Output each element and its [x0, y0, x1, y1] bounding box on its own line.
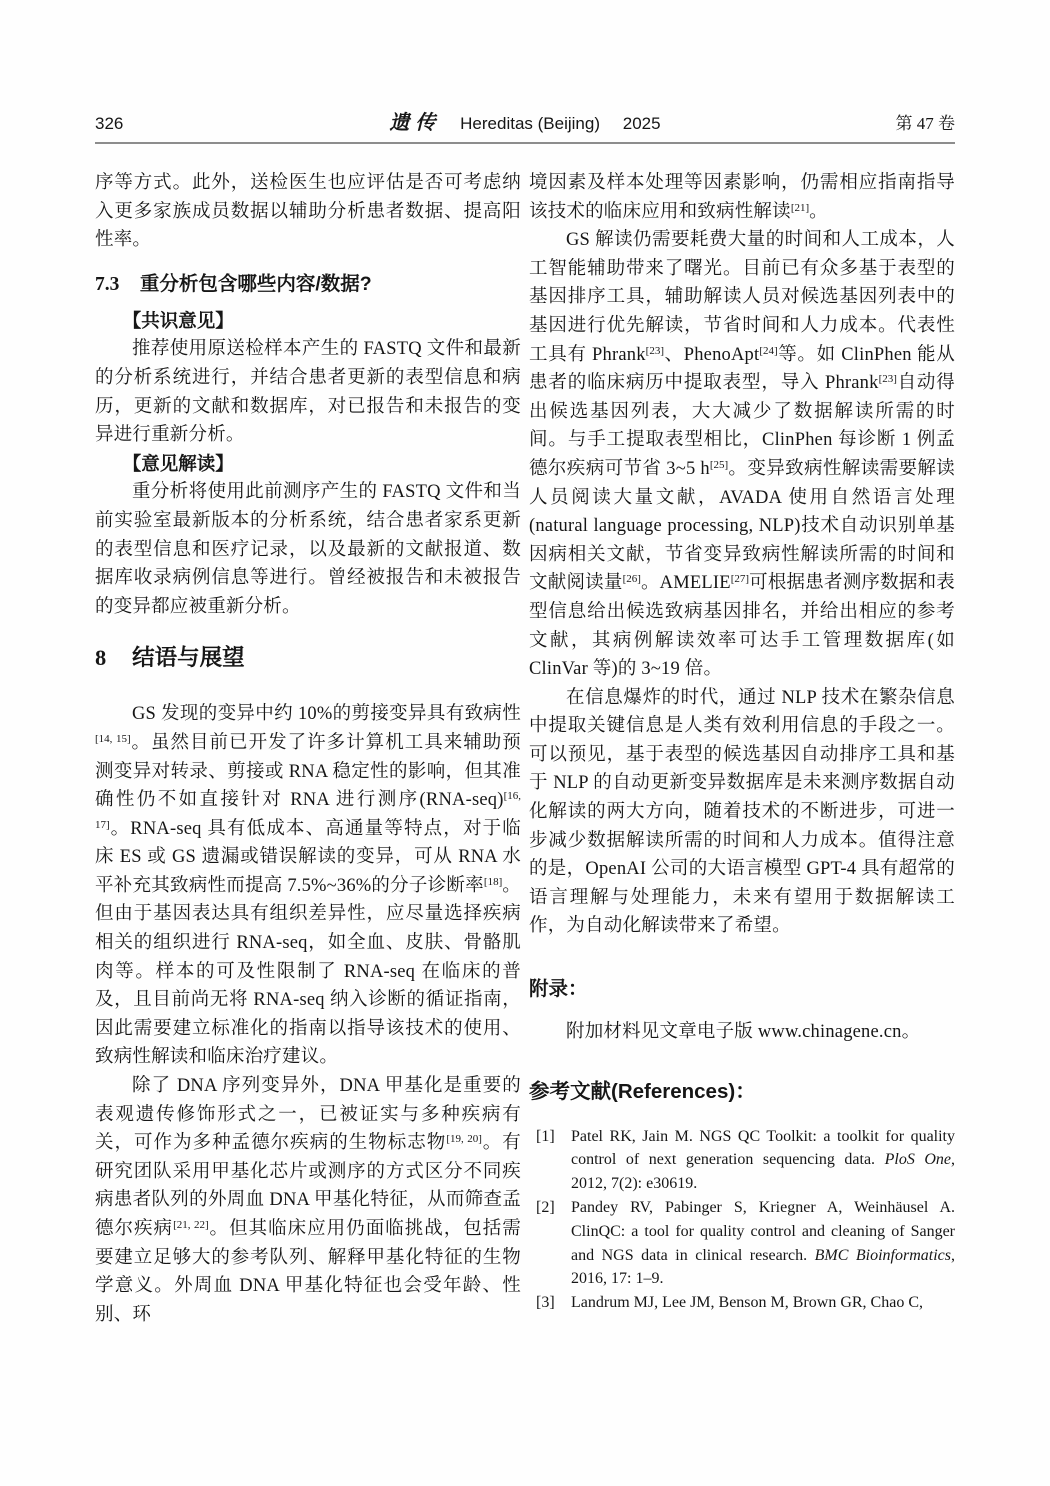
text-run: 。AMELIE — [641, 573, 731, 593]
reference-number: [2] — [536, 1196, 555, 1220]
italic-journal-name: PloS One — [885, 1151, 951, 1168]
reference-number: [3] — [536, 1291, 555, 1315]
volume-label: 第 47 卷 — [661, 109, 955, 134]
page-number: 326 — [95, 114, 389, 134]
reference-item: [3]Landrum MJ, Lee JM, Benson M, Brown G… — [529, 1291, 955, 1315]
text-run: 境因素及样本处理等因素影响，仍需相应指南指导该技术的临床应用和致病性解读 — [529, 173, 955, 222]
text-run: Landrum MJ, Lee JM, Benson M, Brown GR, … — [571, 1294, 923, 1311]
reference-text: Patel RK, Jain M. NGS QC Toolkit: a tool… — [571, 1128, 955, 1193]
citation-superscript: [24] — [759, 345, 777, 357]
running-head: 326 遗传 Hereditas (Beijing) 2025 第 47 卷 — [95, 0, 955, 144]
body-paragraph: 附加材料见文章电子版 www.chinagene.cn。 — [529, 1018, 955, 1047]
body-paragraph: 境因素及样本处理等因素影响，仍需相应指南指导该技术的临床应用和致病性解读[21]… — [529, 169, 955, 226]
text-run: 、PhenoApt — [664, 345, 759, 365]
bracket-subheading: 【意见解读】 — [95, 450, 521, 479]
journal-name-chinese: 遗传 — [389, 110, 441, 134]
text-run: 。虽然目前已开发了许多计算机工具来辅助预测变异对转录、剪接或 RNA 稳定性的影… — [95, 733, 521, 810]
reference-item: [1]Patel RK, Jain M. NGS QC Toolkit: a t… — [529, 1125, 955, 1196]
journal-title: 遗传 Hereditas (Beijing) 2025 — [389, 106, 660, 135]
citation-superscript: [18] — [484, 876, 502, 888]
text-run: 在信息爆炸的时代，通过 NLP 技术在繁杂信息中提取关键信息是人类有效利用信息的… — [529, 688, 955, 937]
right-column: 境因素及样本处理等因素影响，仍需相应指南指导该技术的临床应用和致病性解读[21]… — [529, 169, 955, 1329]
citation-superscript: [19, 20] — [446, 1133, 482, 1145]
text-run: 。但由于基因表达具有组织差异性，应尽量选择疾病相关的组织进行 RNA-seq，如… — [95, 876, 521, 1068]
journal-year: 2025 — [623, 114, 661, 133]
left-column: 序等方式。此外，送检医生也应评估是否可考虑纳入更多家族成员数据以辅助分析患者数据… — [95, 169, 521, 1329]
body-paragraph: 推荐使用原送检样本产生的 FASTQ 文件和最新的分析系统进行，并结合患者更新的… — [95, 335, 521, 449]
reference-text: Pandey RV, Pabinger S, Kriegner A, Weinh… — [571, 1199, 955, 1287]
section-heading: 8结语与展望 — [95, 642, 521, 674]
text-run: 。 — [809, 202, 828, 222]
citation-superscript: [26] — [623, 573, 641, 585]
bracket-subheading: 【共识意见】 — [95, 307, 521, 336]
body-paragraph: 在信息爆炸的时代，通过 NLP 技术在繁杂信息中提取关键信息是人类有效利用信息的… — [529, 684, 955, 941]
citation-superscript: [27] — [731, 573, 749, 585]
citation-superscript: [23] — [879, 373, 897, 385]
text-run: 推荐使用原送检样本产生的 FASTQ 文件和最新的分析系统进行，并结合患者更新的… — [95, 339, 521, 445]
body-paragraph: 重分析将使用此前测序产生的 FASTQ 文件和当前实验室最新版本的分析系统，结合… — [95, 478, 521, 621]
body-paragraph: GS 发现的变异中约 10%的剪接变异具有致病性[14, 15]。虽然目前已开发… — [95, 700, 521, 1072]
text-run: 重分析将使用此前测序产生的 FASTQ 文件和当前实验室最新版本的分析系统，结合… — [95, 482, 521, 616]
italic-journal-name: BMC Bioinformatics — [815, 1247, 951, 1264]
text-run: 序等方式。此外，送检医生也应评估是否可考虑纳入更多家族成员数据以辅助分析患者数据… — [95, 173, 521, 250]
two-column-content: 序等方式。此外，送检医生也应评估是否可考虑纳入更多家族成员数据以辅助分析患者数据… — [95, 169, 955, 1329]
body-paragraph: GS 解读仍需要耗费大量的时间和人工成本，人工智能辅助带来了曙光。目前已有众多基… — [529, 226, 955, 684]
body-paragraph: 除了 DNA 序列变异外，DNA 甲基化是重要的表观遗传修饰形式之一，已被证实与… — [95, 1072, 521, 1329]
text-run: GS 发现的变异中约 10%的剪接变异具有致病性 — [132, 704, 521, 724]
reference-item: [2]Pandey RV, Pabinger S, Kriegner A, We… — [529, 1196, 955, 1291]
body-paragraph: 序等方式。此外，送检医生也应评估是否可考虑纳入更多家族成员数据以辅助分析患者数据… — [95, 169, 521, 255]
section-heading: 7.3重分析包含哪些内容/数据? — [95, 270, 521, 299]
journal-name-english: Hereditas (Beijing) — [460, 114, 600, 133]
text-run: 附加材料见文章电子版 www.chinagene.cn。 — [566, 1022, 920, 1042]
citation-superscript: [21, 22] — [173, 1219, 209, 1231]
citation-superscript: [25] — [710, 459, 728, 471]
section-title: 重分析包含哪些内容/数据? — [140, 273, 372, 295]
reference-number: [1] — [536, 1125, 555, 1149]
paper-page: 326 遗传 Hereditas (Beijing) 2025 第 47 卷 序… — [0, 0, 1050, 1486]
citation-superscript: [14, 15] — [95, 733, 131, 745]
text-run: 。RNA-seq 具有低成本、高通量等特点，对于临床 ES 或 GS 遗漏或错误… — [95, 819, 521, 896]
section-number: 7.3 — [95, 274, 119, 295]
citation-superscript: [23] — [646, 345, 664, 357]
section-number: 8 — [95, 645, 106, 670]
citation-superscript: [21] — [791, 202, 809, 214]
reference-text: Landrum MJ, Lee JM, Benson M, Brown GR, … — [571, 1294, 923, 1311]
section-title: 结语与展望 — [132, 645, 245, 670]
appendix-heading: 附录： — [529, 975, 955, 1004]
references-heading: 参考文献(References)： — [529, 1076, 955, 1107]
